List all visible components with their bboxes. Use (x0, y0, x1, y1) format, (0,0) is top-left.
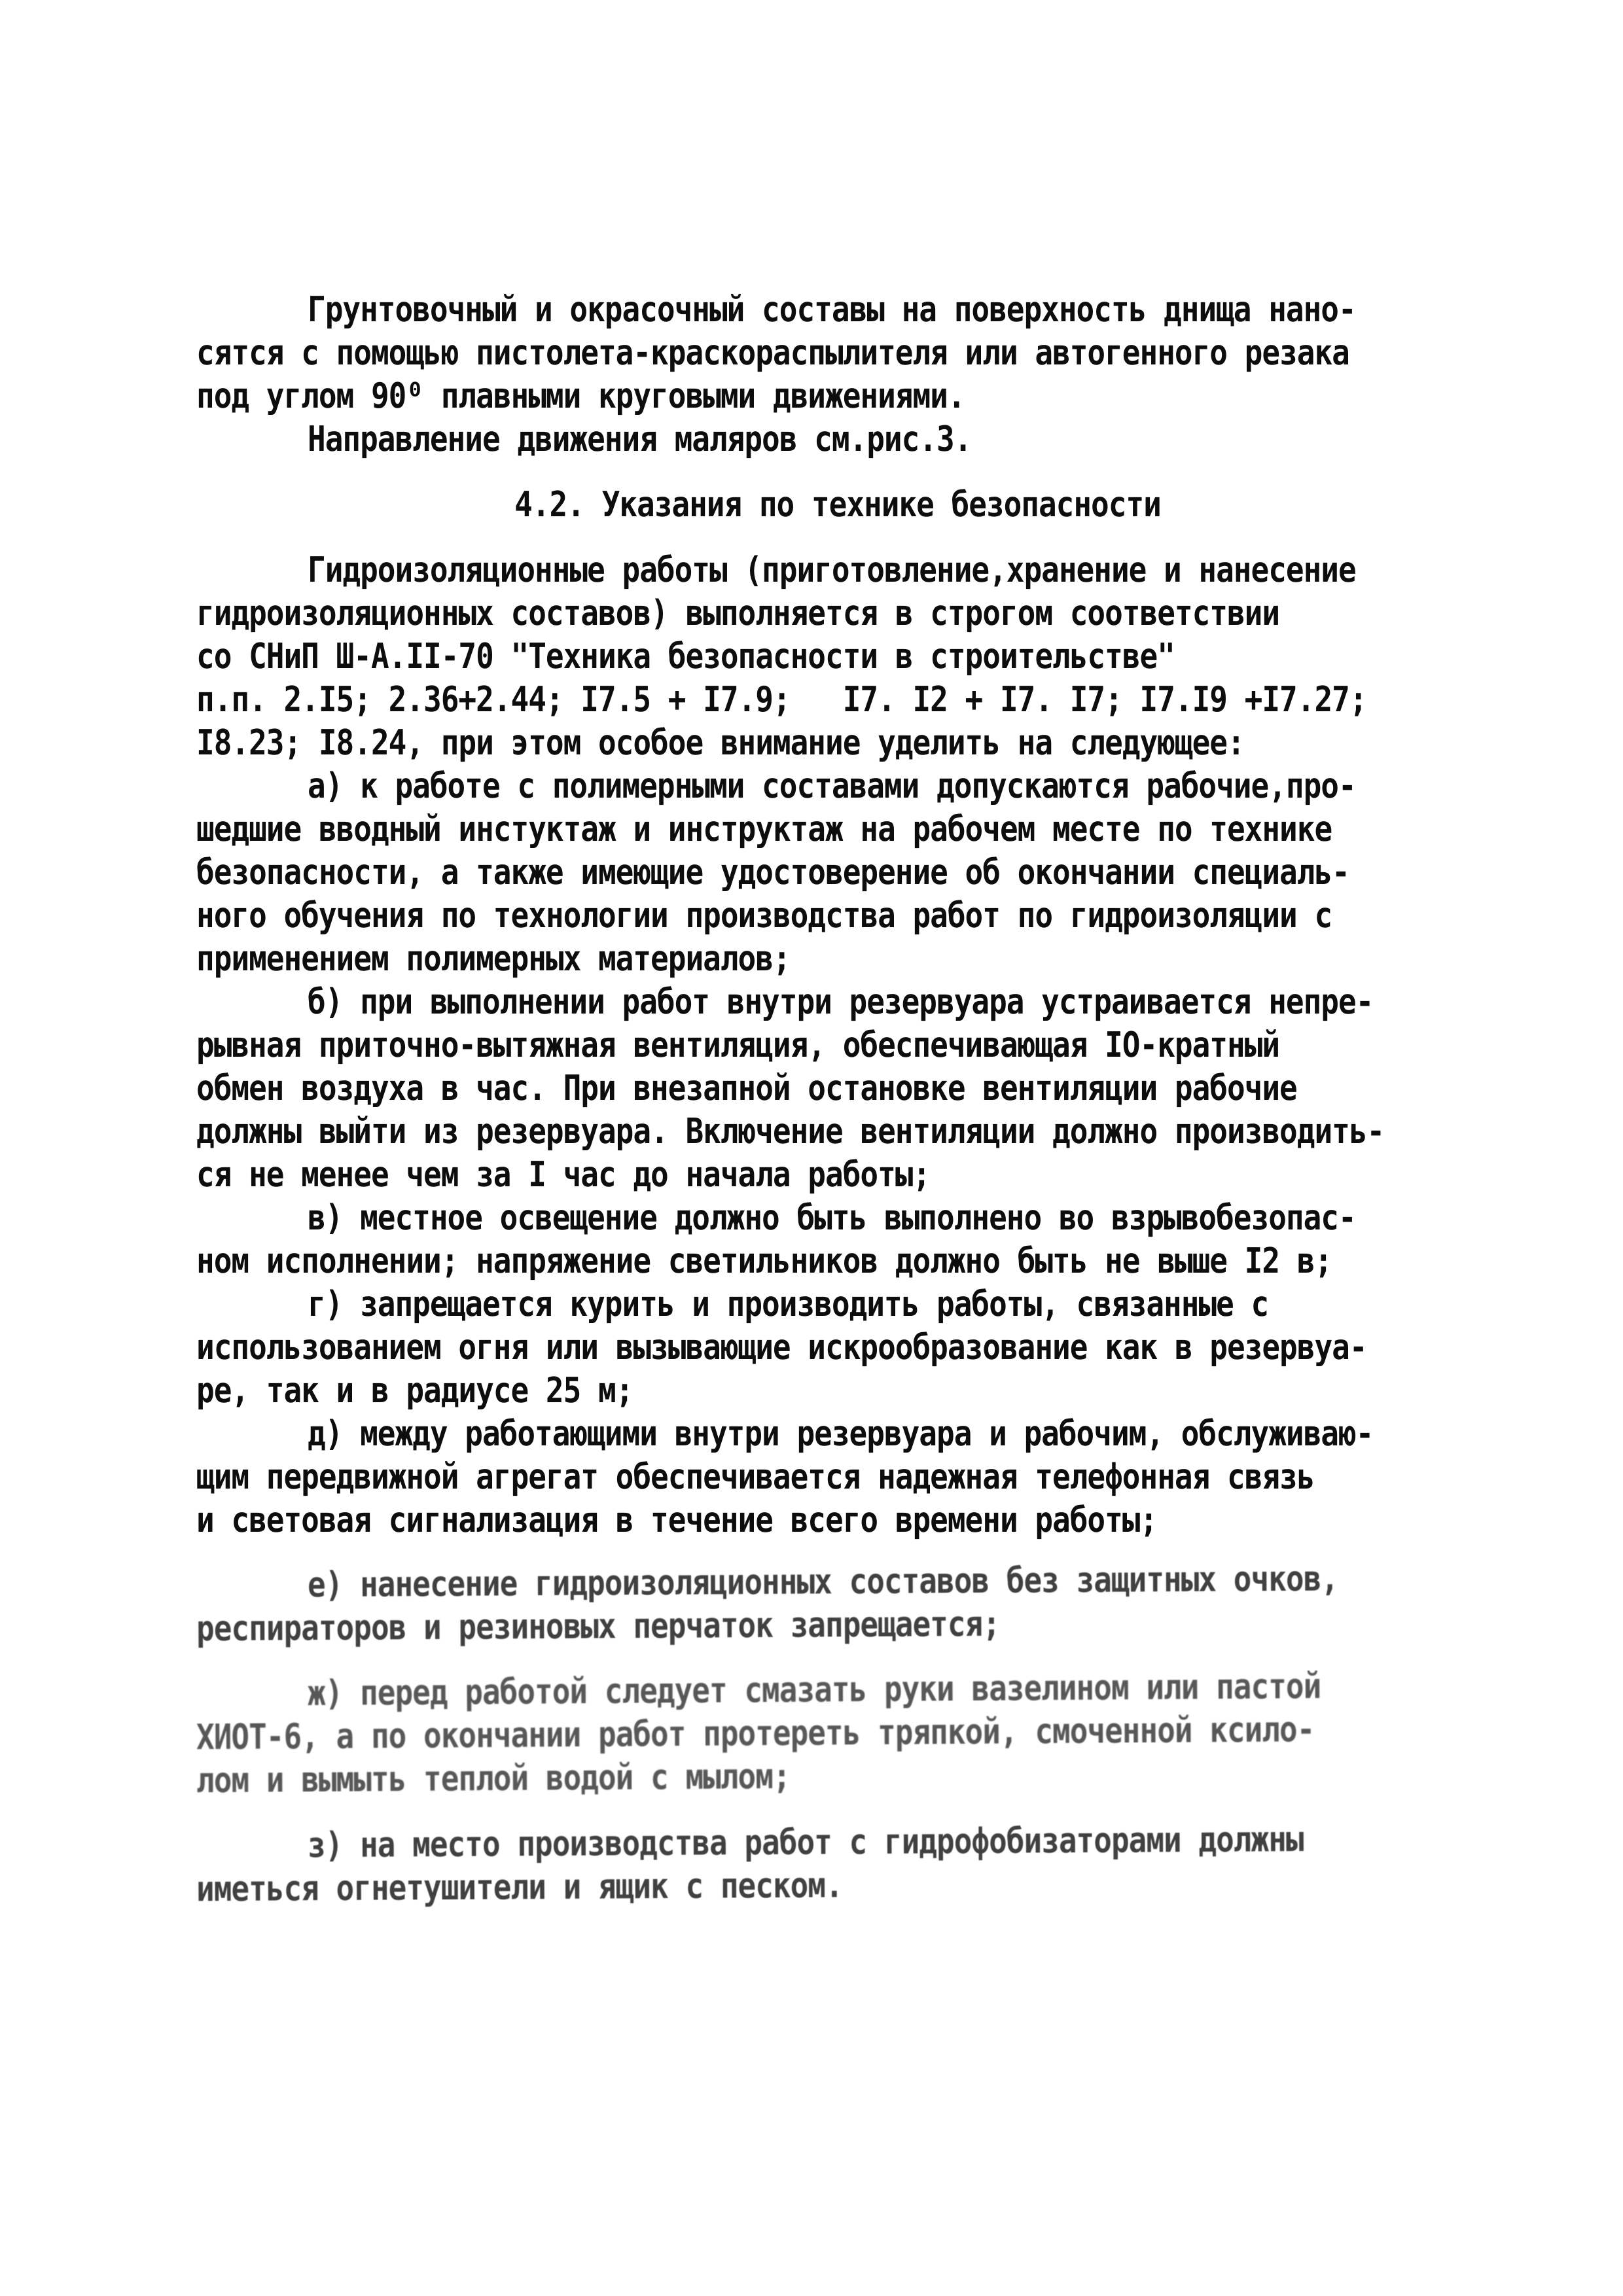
text-line: респираторов и резиновых перчаток запрещ… (196, 1595, 1479, 1653)
section-heading: 4.2. Указания по технике безопасности (196, 479, 1479, 529)
text-line: и световая сигнализация в течение всего … (196, 1494, 1479, 1545)
document-page: Грунтовочный и окрасочный составы на пов… (0, 0, 1623, 2296)
text-line: иметься огнетушители и ящик с песком. (196, 1856, 1479, 1913)
text-line: Направление движения маляров см.рис.3. (196, 414, 1479, 464)
document-text-block: Грунтовочный и окрасочный составы на пов… (196, 288, 1479, 1911)
text-line: лом и вымыть теплой водой с мылом; (196, 1746, 1479, 1805)
